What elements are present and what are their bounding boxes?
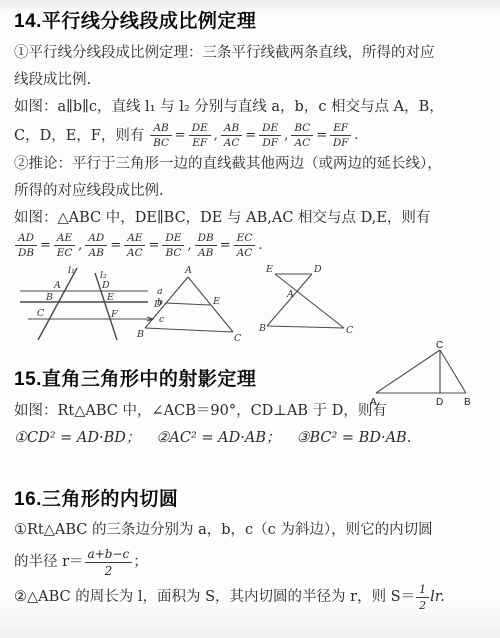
- section-14-heading: 14.平行线分线段成比例定理: [14, 10, 486, 34]
- area-formula-suffix: lr.: [430, 582, 445, 612]
- equation-operator: ,: [214, 128, 218, 143]
- right-triangle-altitude-diagram: A B D C: [369, 341, 484, 409]
- fraction-denominator: DB: [15, 246, 37, 260]
- sec14-paragraph2: 如图：a∥b∥c，直线 l₁ 与 l₂ 分别与直线 a，b，c 相交与点 A，B…: [14, 94, 486, 121]
- fraction-denominator: 2: [85, 563, 133, 578]
- point-C-label: C: [436, 341, 443, 351]
- line-l1-label: l₁: [68, 265, 75, 276]
- area-formula-prefix: ②△ABC 的周长为 l，面积为 S，其内切圆的半径为 r，则 S＝: [14, 582, 415, 612]
- equation-operator: .: [354, 128, 358, 143]
- point-C-label: C: [346, 325, 354, 336]
- equation-operator: =: [148, 238, 159, 253]
- sec16-radius-formula: 的半径 r＝ a+b−c2 ；: [14, 544, 486, 580]
- fraction-numerator: AE: [124, 232, 145, 247]
- fraction-numerator: AD: [15, 232, 37, 247]
- point-A-label: A: [286, 289, 294, 300]
- sec14-proportion-equation-1: C，D，E，F，则有 ABBC = DEEF , ABAC = DEDF , B…: [14, 121, 486, 151]
- projection-formula-1: ①CD² = AD·BD；: [14, 425, 140, 452]
- equation-operator: =: [175, 128, 186, 143]
- fraction-numerator: a+b−c: [85, 547, 133, 563]
- fraction-denominator: EC: [54, 246, 75, 260]
- fraction: BCAC: [291, 122, 313, 150]
- fraction-numerator: DE: [259, 122, 281, 137]
- fraction: DBAB: [195, 232, 217, 260]
- fraction-denominator: AC: [291, 136, 313, 150]
- point-B-label: B: [45, 292, 53, 303]
- point-E-label: E: [265, 264, 273, 275]
- fraction: DEDF: [259, 122, 281, 150]
- projection-formula-2: ②AC² = AD·AB；: [156, 425, 280, 452]
- equation-operator: =: [245, 128, 256, 143]
- radius-formula-suffix: ；: [133, 547, 148, 577]
- fraction-numerator: BC: [291, 122, 313, 137]
- sec14-corollary-line2: 所得的对应线段成比例.: [14, 178, 486, 205]
- point-E-label: E: [106, 292, 114, 303]
- sec14-paragraph1-line2: 线段成比例.: [14, 67, 486, 94]
- equation-prefix: C，D，E，F，则有: [14, 121, 144, 151]
- point-D-label: D: [101, 280, 110, 291]
- fraction-numerator: 1: [416, 583, 429, 598]
- point-F-label: F: [110, 309, 118, 320]
- fraction: AEEC: [54, 232, 75, 260]
- equation-operator: =: [40, 238, 51, 253]
- point-D-label: D: [436, 397, 443, 408]
- math-notes-page: 14.平行线分线段成比例定理 ①平行线分线段成比例定理：三条平行线截两条直线，所…: [0, 0, 500, 638]
- fraction-numerator: DB: [195, 232, 217, 247]
- fraction-denominator: DF: [259, 136, 281, 150]
- equation-operator: =: [110, 238, 121, 253]
- fraction-denominator: BC: [150, 136, 171, 150]
- fraction: 12: [416, 583, 429, 612]
- fraction-denominator: DF: [330, 136, 351, 150]
- equation-operator: .: [258, 238, 262, 253]
- right-triangle-altitude-figure: A B D C: [369, 341, 484, 413]
- sec14-paragraph1-line1: ①平行线分线段成比例定理：三条平行线截两条直线，所得的对应: [14, 40, 486, 67]
- fraction-denominator: EF: [189, 136, 211, 150]
- point-D-label: D: [153, 299, 162, 310]
- equation-operator: ,: [78, 238, 82, 253]
- fraction: EFDF: [330, 122, 351, 150]
- fraction: AEAC: [124, 232, 145, 260]
- point-B-label: B: [258, 323, 266, 334]
- sec14-paragraph3: 如图：△ABC 中，DE∥BC，DE 与 AB,AC 相交与点 D,E，则有: [14, 205, 486, 232]
- fraction-numerator: EC: [234, 232, 256, 247]
- fraction-denominator: 2: [416, 598, 429, 612]
- fraction-denominator: AC: [234, 246, 256, 260]
- fraction-denominator: AC: [221, 136, 242, 150]
- point-E-label: E: [212, 296, 220, 307]
- sec14-corollary-line1: ②推论：平行于三角形一边的直线截其他两边（或两边的延长线），: [14, 151, 486, 178]
- equation-operator: ,: [284, 128, 288, 143]
- point-D-label: D: [313, 264, 322, 275]
- triangle-de-parallel-bc-diagram: A B C D E: [136, 264, 242, 342]
- point-B-label: B: [136, 329, 144, 340]
- point-A-label: A: [370, 397, 377, 408]
- sec14-proportion-equation-2: ADDB = AEEC , ADAB = AEAC = DEBC , DBAB …: [14, 232, 486, 260]
- fraction-numerator: EF: [330, 122, 351, 137]
- fraction-numerator: AB: [221, 122, 242, 137]
- sec16-area-formula: ②△ABC 的周长为 l，面积为 S，其内切圆的半径为 r，则 S＝ 12 lr…: [14, 580, 486, 614]
- sec15-projection-formulas: ①CD² = AD·BD； ②AC² = AD·AB； ③BC² = BD·AB…: [14, 425, 486, 452]
- fraction-numerator: AE: [54, 232, 75, 247]
- equation-operator: =: [220, 238, 231, 253]
- sec16-paragraph1: ①Rt△ABC 的三条边分别为 a，b，c（c 为斜边），则它的内切圆: [14, 517, 486, 544]
- point-B-label: B: [464, 397, 471, 408]
- fraction: ADAB: [85, 232, 107, 260]
- fraction-denominator: AB: [195, 246, 217, 260]
- equation-operator: ,: [187, 238, 191, 253]
- section-16-heading: 16.三角形的内切圆: [14, 488, 486, 512]
- fraction: DEEF: [189, 122, 211, 150]
- projection-formula-3: ③BC² = BD·AB.: [296, 425, 411, 452]
- fraction-numerator: DE: [189, 122, 211, 137]
- fraction-numerator: AD: [85, 232, 107, 247]
- fraction: DEBC: [162, 232, 184, 260]
- fraction-denominator: AB: [85, 246, 107, 260]
- fraction: ABAC: [221, 122, 242, 150]
- equation-operator: =: [316, 128, 327, 143]
- fraction: ECAC: [234, 232, 256, 260]
- point-A-label: A: [53, 280, 61, 291]
- fraction-numerator: AB: [150, 122, 171, 137]
- fraction-numerator: DE: [162, 232, 184, 247]
- fraction: a+b−c2: [85, 547, 133, 579]
- fraction: ABBC: [150, 122, 171, 150]
- point-C-label: C: [37, 308, 45, 319]
- extended-sides-x-diagram: E D A B C: [258, 264, 360, 338]
- diagram-row: l₁ l₂ a b c A B C D E F A B C D E: [14, 264, 486, 344]
- fraction-denominator: BC: [162, 246, 184, 260]
- fraction-denominator: AC: [124, 246, 145, 260]
- radius-formula-prefix: 的半径 r＝: [14, 547, 84, 577]
- point-C-label: C: [234, 333, 242, 342]
- fraction: ADDB: [15, 232, 37, 260]
- point-A-label: A: [184, 265, 192, 276]
